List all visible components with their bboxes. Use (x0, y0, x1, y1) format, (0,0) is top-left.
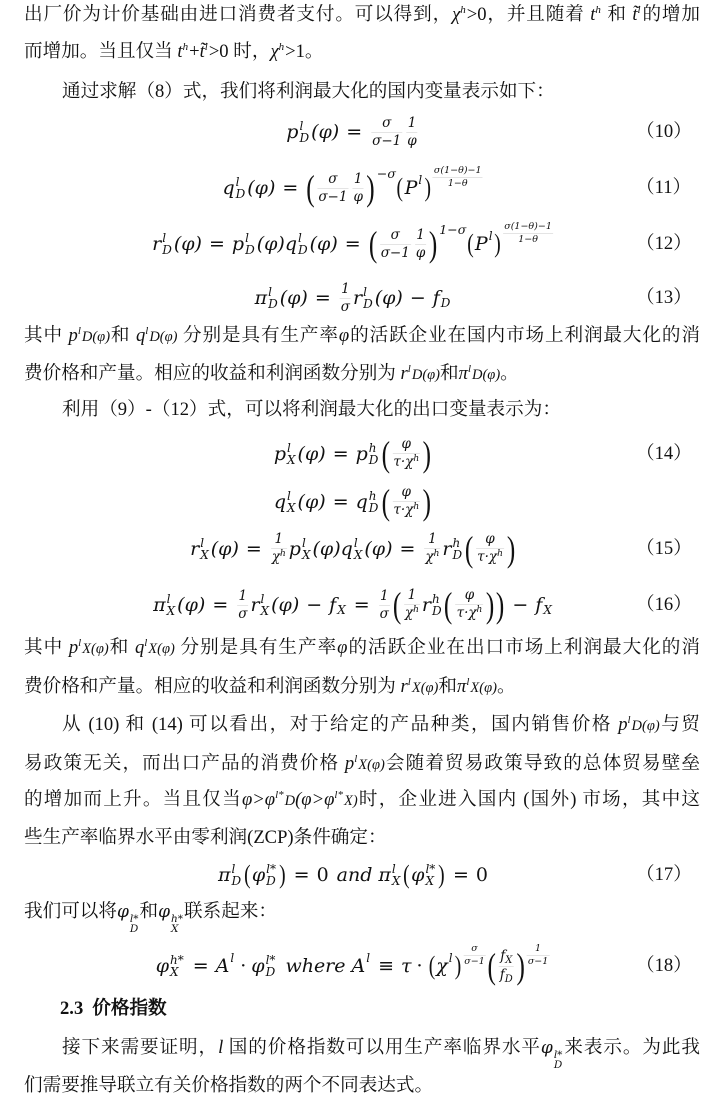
paragraph-line: 费价格和产量。相应的收益和利润函数分别为 rlD(φ)和πlD(φ)。 (24, 363, 519, 385)
math-symbol: πlX(φ) (153, 593, 205, 617)
subscript: D (505, 974, 513, 985)
symbol-base: q (222, 179, 234, 198)
paren: ( (467, 231, 474, 257)
denominator-base: χ (272, 549, 280, 565)
script-stack: lD (162, 232, 172, 256)
fraction: φτ·χh (392, 437, 420, 472)
fraction: fXfD (499, 949, 514, 984)
script-stack: l*D (130, 914, 139, 934)
fraction: 1φ (352, 172, 363, 205)
denominator: φ (415, 245, 426, 261)
paren: ( (244, 862, 251, 888)
text: 分别是具有生产率 (177, 325, 338, 346)
denominator-base: τ·χ (457, 605, 477, 621)
math-operator: + (189, 41, 200, 62)
script-stack: lX (200, 537, 209, 561)
paren: ) (517, 948, 525, 984)
subscript: X (392, 875, 401, 887)
math-symbol: Pl (475, 235, 494, 254)
math-symbol: qlX(φ) (274, 490, 326, 514)
math-sup: h (183, 41, 189, 53)
math-symbol: qhD (356, 490, 381, 514)
math-base: φ (158, 902, 170, 922)
symbol-base: q (274, 493, 286, 512)
exponent: 1−σ (439, 224, 466, 237)
math-symbol: φl*D (251, 954, 277, 978)
subscript: X (337, 604, 346, 616)
exponent-fraction: σ(1−θ)−11−θ (503, 222, 553, 245)
denominator: σ−1 (527, 956, 550, 967)
text: 国的价格指数可以用生产率临界水平 (223, 1037, 541, 1058)
script-stack: lX (302, 537, 311, 561)
math-sup: l (78, 637, 81, 649)
paragraph-line: 出厂价为计价基础由进口消费者支付。可以得到，χh>0，并且随着 th 和 t̃l… (24, 4, 700, 26)
symbol-base: A (216, 957, 230, 976)
math-symbol: rlD(φ) (353, 286, 403, 310)
numerator: σ (317, 172, 348, 189)
operator: = (294, 866, 310, 885)
superscript: l (449, 952, 453, 964)
denominator: χh (271, 549, 287, 567)
math-sub: D (285, 793, 295, 809)
script-stack: lD (268, 286, 278, 310)
math-symbol: fD (433, 289, 452, 308)
equation-number: （12） (636, 233, 692, 255)
math-sub: X(φ) (358, 757, 385, 773)
paragraph-line: 其中 plX(φ)和 qlX(φ) 分别是具有生产率φ的活跃企业在出口市场上利润… (24, 637, 700, 659)
denominator: σ (340, 299, 351, 315)
text: 和 (109, 637, 135, 658)
text: 其中 (24, 637, 69, 658)
math-symbol: φh*X (156, 954, 186, 978)
numerator-base: f (500, 948, 505, 964)
symbol-base: p (356, 445, 368, 464)
script-stack: lX (354, 537, 363, 561)
math-sub: X(φ) (82, 641, 109, 657)
math-symbol: rhD (442, 537, 464, 561)
text: 会随着贸易政策导致的总体贸易壁垒 (385, 753, 700, 774)
math-sub: D(φ) (412, 367, 440, 383)
script-stack: lX (261, 593, 270, 617)
script-stack: lD (363, 286, 373, 310)
operator: = (400, 540, 416, 559)
numerator: 1 (415, 228, 426, 245)
paragraph-line: 们需要推导联立有关价格指数的两个不同表达式。 (24, 1075, 433, 1097)
value: 0 (476, 866, 488, 885)
numerator: 1 (340, 282, 351, 299)
numerator: 1 (379, 589, 390, 606)
operator: = (345, 235, 361, 254)
argument: (φ) (375, 289, 403, 308)
symbol-base: π (255, 289, 268, 308)
subscript: D (441, 297, 451, 309)
operator: · (240, 957, 246, 976)
text: 来表示。为此我 (563, 1037, 700, 1058)
symbol-base: A (352, 957, 366, 976)
fraction: 1χh (271, 532, 287, 567)
math-symbol: φl*X (411, 863, 437, 887)
math-symbol: πlD(φ) (255, 286, 308, 310)
paragraph-line: 其中 plD(φ)和 qlD(φ) 分别是具有生产率φ的活跃企业在国内市场上利润… (24, 325, 700, 347)
denominator: σ−1 (463, 956, 486, 967)
math-base: r (401, 676, 408, 697)
equation-number: （18） (636, 955, 692, 977)
symbol-base: r (353, 289, 362, 308)
math-base: φ (541, 1038, 553, 1058)
math-base: p (69, 637, 78, 658)
numerator: σ (380, 228, 411, 245)
operator: = (333, 493, 349, 512)
math-sup: l (638, 4, 641, 16)
math-base: q (136, 325, 145, 346)
denominator: φ (352, 189, 363, 205)
operator: − (512, 596, 528, 615)
paragraph-line: 的增加而上升。当且仅当φ>φl*D(φ>φl*X)时，企业进入国内 (国外) 市… (24, 789, 700, 811)
equation-number: （10） (636, 121, 692, 143)
numerator: φ (392, 485, 420, 502)
text: 和 (438, 676, 457, 697)
subscript: X (170, 966, 184, 978)
math-symbol: plX(φ) (289, 537, 341, 561)
math-sub: X(φ) (412, 680, 439, 696)
denominator-base: τ·χ (477, 549, 497, 565)
denominator: χh (404, 605, 420, 623)
math-sup: h (279, 41, 285, 53)
math-symbol: qlX(φ) (341, 537, 393, 561)
paren: ( (488, 948, 496, 984)
paren: ( (381, 484, 389, 520)
numerator: σ(1−θ)−1 (433, 166, 483, 178)
operator: = (453, 866, 469, 885)
section-title: 价格指数 (92, 998, 166, 1019)
text: 的活跃企业在出口市场上利润最大化的消 (347, 637, 700, 658)
paren: ( (381, 436, 389, 472)
denominator-base: τ·χ (393, 502, 413, 518)
superscript: h (280, 549, 286, 559)
math-sup: l (408, 363, 411, 375)
argument: (φ) (177, 596, 205, 615)
fraction: 1χh (424, 532, 440, 567)
symbol-base: P (475, 235, 488, 254)
symbol-base: φ (252, 866, 265, 885)
subscript: D (266, 875, 276, 887)
paren: ) (495, 231, 502, 257)
math-sub: D(φ) (149, 329, 177, 345)
fraction: 1σ (379, 589, 390, 622)
numerator: 1 (404, 588, 420, 605)
paren: ) (423, 484, 431, 520)
paragraph-line: 而增加。当且仅当 th+t̃l>0 时，χh>1。 (24, 41, 324, 63)
math-base: φ>φ (242, 789, 275, 810)
denominator: φ (406, 133, 417, 149)
subscript: D (453, 549, 463, 561)
equation-number: （15） (636, 538, 692, 560)
denominator: τ·χh (392, 454, 420, 472)
text: 和 (602, 4, 632, 25)
operator: = (333, 445, 349, 464)
script-stack: hD (369, 442, 379, 466)
text: 从 (10) 和 (14) 可以看出，对于给定的产品种类，国内销售价格 (62, 714, 618, 735)
math-base: r (401, 363, 408, 384)
denominator: τ·χh (392, 502, 420, 520)
fraction: φτ·χh (392, 485, 420, 520)
paren: ( (444, 587, 452, 623)
math-sub: D(φ) (472, 367, 500, 383)
math-sup: l (468, 363, 471, 375)
symbol-base: p (286, 123, 298, 142)
symbol-base: χ (436, 957, 448, 976)
text: 和 (140, 901, 159, 922)
superscript: h (477, 605, 483, 615)
subscript: X (505, 955, 512, 966)
math-symbol: Al (352, 957, 372, 976)
paren: ( (393, 587, 401, 623)
subscript: X (287, 502, 296, 514)
math-symbol: χl (436, 957, 453, 976)
paren: ( (465, 531, 473, 567)
paren: ) (424, 175, 431, 201)
text: 。 (500, 363, 519, 384)
math-base: χ (270, 41, 278, 62)
numerator: σ (371, 116, 402, 133)
paren: ( (404, 862, 411, 888)
symbol-base: r (190, 540, 199, 559)
math-symbol: qlD(φ) (222, 176, 275, 200)
script-stack: lX (287, 442, 296, 466)
script-stack: lD (298, 232, 308, 256)
math-sup: l (78, 325, 81, 337)
subscript: X (261, 605, 270, 617)
math-symbol: plD(φ) (286, 120, 339, 144)
math-base: p (345, 753, 354, 774)
fraction: φτ·χh (456, 588, 484, 623)
symbol-base: φ (251, 957, 264, 976)
paragraph-line: 通过求解（8）式，我们将利润最大化的国内变量表示如下： (62, 81, 555, 103)
math-sub: D(φ) (82, 329, 110, 345)
superscript: l (230, 952, 234, 964)
paren: ( (397, 175, 404, 201)
paragraph-line: 利用（9）-（12）式，可以将利润最大化的出口变量表示为： (62, 399, 561, 421)
subscript: D (266, 966, 276, 978)
numerator: 1 (424, 532, 440, 549)
numerator: 1 (352, 172, 363, 189)
subscript: X (425, 875, 435, 887)
subscript: X (354, 549, 363, 561)
subscript: D (130, 924, 139, 934)
math-symbol: qlD(φ) (285, 232, 338, 256)
text: 出厂价为计价基础由进口消费者支付。可以得到， (24, 4, 452, 25)
paren: ) (429, 226, 437, 262)
paren: ( (369, 226, 377, 262)
script-stack: lD (236, 176, 246, 200)
symbol-base: π (153, 596, 166, 615)
argument: (φ) (280, 289, 308, 308)
script-stack: lD (245, 232, 255, 256)
text: >0 时， (209, 41, 271, 62)
subscript: D (232, 875, 242, 887)
paragraph-line: 些生产率临界水平由零利润(ZCP)条件确定： (24, 827, 387, 849)
math-symbol: fX (329, 596, 347, 615)
section-heading: 2.3价格指数 (60, 998, 167, 1020)
argument: (φ) (257, 235, 285, 254)
symbol-base: r (250, 596, 259, 615)
paren: ) (423, 436, 431, 472)
argument: (φ) (298, 493, 326, 512)
symbol-base: q (341, 540, 353, 559)
script-stack: lX (167, 593, 176, 617)
denominator-base: τ·χ (393, 454, 413, 470)
paragraph-line: 从 (10) 和 (14) 可以看出，对于给定的产品种类，国内销售价格 plD(… (62, 714, 700, 736)
math-base: t̃ (632, 4, 637, 25)
operator: = (346, 123, 362, 142)
text: 分别是具有生产率 (175, 637, 337, 658)
subscript: X (171, 924, 183, 934)
math-symbol: rhD (422, 593, 444, 617)
paragraph-line: 易政策无关，而出口产品的消费价格 plX(φ)会随着贸易政策导致的总体贸易壁垒 (24, 753, 700, 775)
symbol-base: π (218, 866, 231, 885)
math-symbol: rlD(φ) (152, 232, 202, 256)
numerator: 1 (271, 532, 287, 549)
math-sup: l (145, 325, 148, 337)
symbol-base: f (329, 596, 336, 615)
superscript: h (413, 502, 419, 512)
exponent: −σ (377, 168, 396, 181)
math-symbol: plX(φ) (274, 442, 326, 466)
text: 和 (110, 325, 136, 346)
text: 和 (440, 363, 459, 384)
symbol-base: π (378, 866, 391, 885)
exponent-fraction: σσ−1 (463, 944, 486, 967)
fraction: σσ−1 (380, 228, 411, 261)
numerator: 1 (237, 589, 248, 606)
math-phi: φ (337, 637, 347, 658)
subscript: X (302, 549, 311, 561)
paren: ) (279, 862, 286, 888)
denominator: χh (424, 549, 440, 567)
denominator: fD (499, 967, 514, 984)
argument: (φ) (311, 123, 339, 142)
numerator: fX (499, 949, 514, 967)
numerator: φ (456, 588, 484, 605)
script-stack: lX (392, 863, 401, 887)
symbol-base: f (433, 289, 440, 308)
text: 的增加而上升。当且仅当 (24, 789, 242, 810)
text: 其中 (24, 325, 69, 346)
paren: ( (306, 170, 314, 206)
operator: = (315, 289, 331, 308)
denominator: σ (237, 606, 248, 622)
denominator-base: χ (405, 605, 413, 621)
math-base: (φ>φ (295, 789, 334, 810)
script-stack: lX (287, 490, 296, 514)
subscript: D (236, 188, 246, 200)
denominator-base: χ (425, 549, 433, 565)
math-sup: h (460, 4, 466, 16)
math-symbol: πlD (218, 863, 243, 887)
denominator: 1−θ (433, 178, 483, 189)
fraction: 1χh (404, 588, 420, 623)
math-symbol: rlX(φ) (250, 593, 299, 617)
argument: (φ) (174, 235, 202, 254)
denominator: τ·χh (476, 549, 504, 567)
paragraph-line: 费价格和产量。相应的收益和利润函数分别为 rlX(φ)和πlX(φ)。 (24, 676, 516, 698)
script-stack: l*D (266, 954, 276, 978)
text: 而增加。当且仅当 (24, 41, 177, 62)
text: 的增加 (642, 4, 700, 25)
paren: ) (455, 953, 462, 979)
math-symbol: πlX (378, 863, 402, 887)
symbol-base: q (356, 493, 368, 512)
numerator: σ(1−θ)−1 (503, 222, 553, 234)
argument: (φ) (247, 179, 275, 198)
operator: = (354, 596, 370, 615)
math-symbol: rlX(φ) (190, 537, 239, 561)
text: 我们可以将 (24, 901, 117, 922)
math-sup: l (627, 714, 630, 726)
math-sup: l (466, 676, 469, 688)
math-symbol: phD (356, 442, 381, 466)
superscript: l (366, 952, 370, 964)
math-base: p (69, 325, 78, 346)
superscript: h (413, 605, 419, 615)
fraction: σσ−1 (317, 172, 348, 205)
paren: ) (496, 587, 504, 623)
operator: ≡ (378, 957, 394, 976)
text: 时，企业进入国内 (国外) 市场，其中这 (358, 789, 700, 810)
denominator: σ (379, 606, 390, 622)
argument: (φ) (310, 235, 338, 254)
superscript: h (413, 454, 419, 464)
math-base: t (177, 41, 182, 62)
script-stack: lD (299, 120, 309, 144)
operator: = (212, 596, 228, 615)
fraction: 1σ (237, 589, 248, 622)
subscript: D (363, 298, 373, 310)
subscript: D (298, 244, 308, 256)
operator: = (193, 957, 209, 976)
operator: = (209, 235, 225, 254)
symbol-base: r (422, 596, 431, 615)
script-stack: h*X (170, 954, 184, 978)
math-sup: l (205, 41, 208, 53)
denominator: σ−1 (371, 133, 402, 149)
symbol-base: φ (411, 866, 424, 885)
paragraph-line: 接下来需要证明，l 国的价格指数可以用生产率临界水平φl*D来表示。为此我 (62, 1037, 700, 1059)
subscript: D (432, 605, 442, 617)
operator: · (417, 957, 423, 976)
symbol-base: p (232, 235, 244, 254)
numerator: 1 (527, 944, 550, 956)
symbol-base: f (535, 596, 542, 615)
fraction: σσ−1 (371, 116, 402, 149)
subscript: D (554, 1060, 563, 1070)
denominator: 1−θ (503, 234, 553, 245)
exponent-fraction: 1σ−1 (527, 944, 550, 967)
operator: = (246, 540, 262, 559)
script-stack: hD (432, 593, 442, 617)
math-symbol: plD(φ) (232, 232, 285, 256)
subscript: D (299, 132, 309, 144)
text: 费价格和产量。相应的收益和利润函数分别为 (24, 363, 401, 384)
denominator: τ·χh (456, 605, 484, 623)
script-stack: l*D (266, 863, 276, 887)
symbol-base: r (442, 540, 451, 559)
operator: − (306, 596, 322, 615)
equation-number: （14） (636, 443, 692, 465)
superscript: h (434, 549, 440, 559)
symbol-base: p (274, 445, 286, 464)
subscript: X (200, 549, 209, 561)
